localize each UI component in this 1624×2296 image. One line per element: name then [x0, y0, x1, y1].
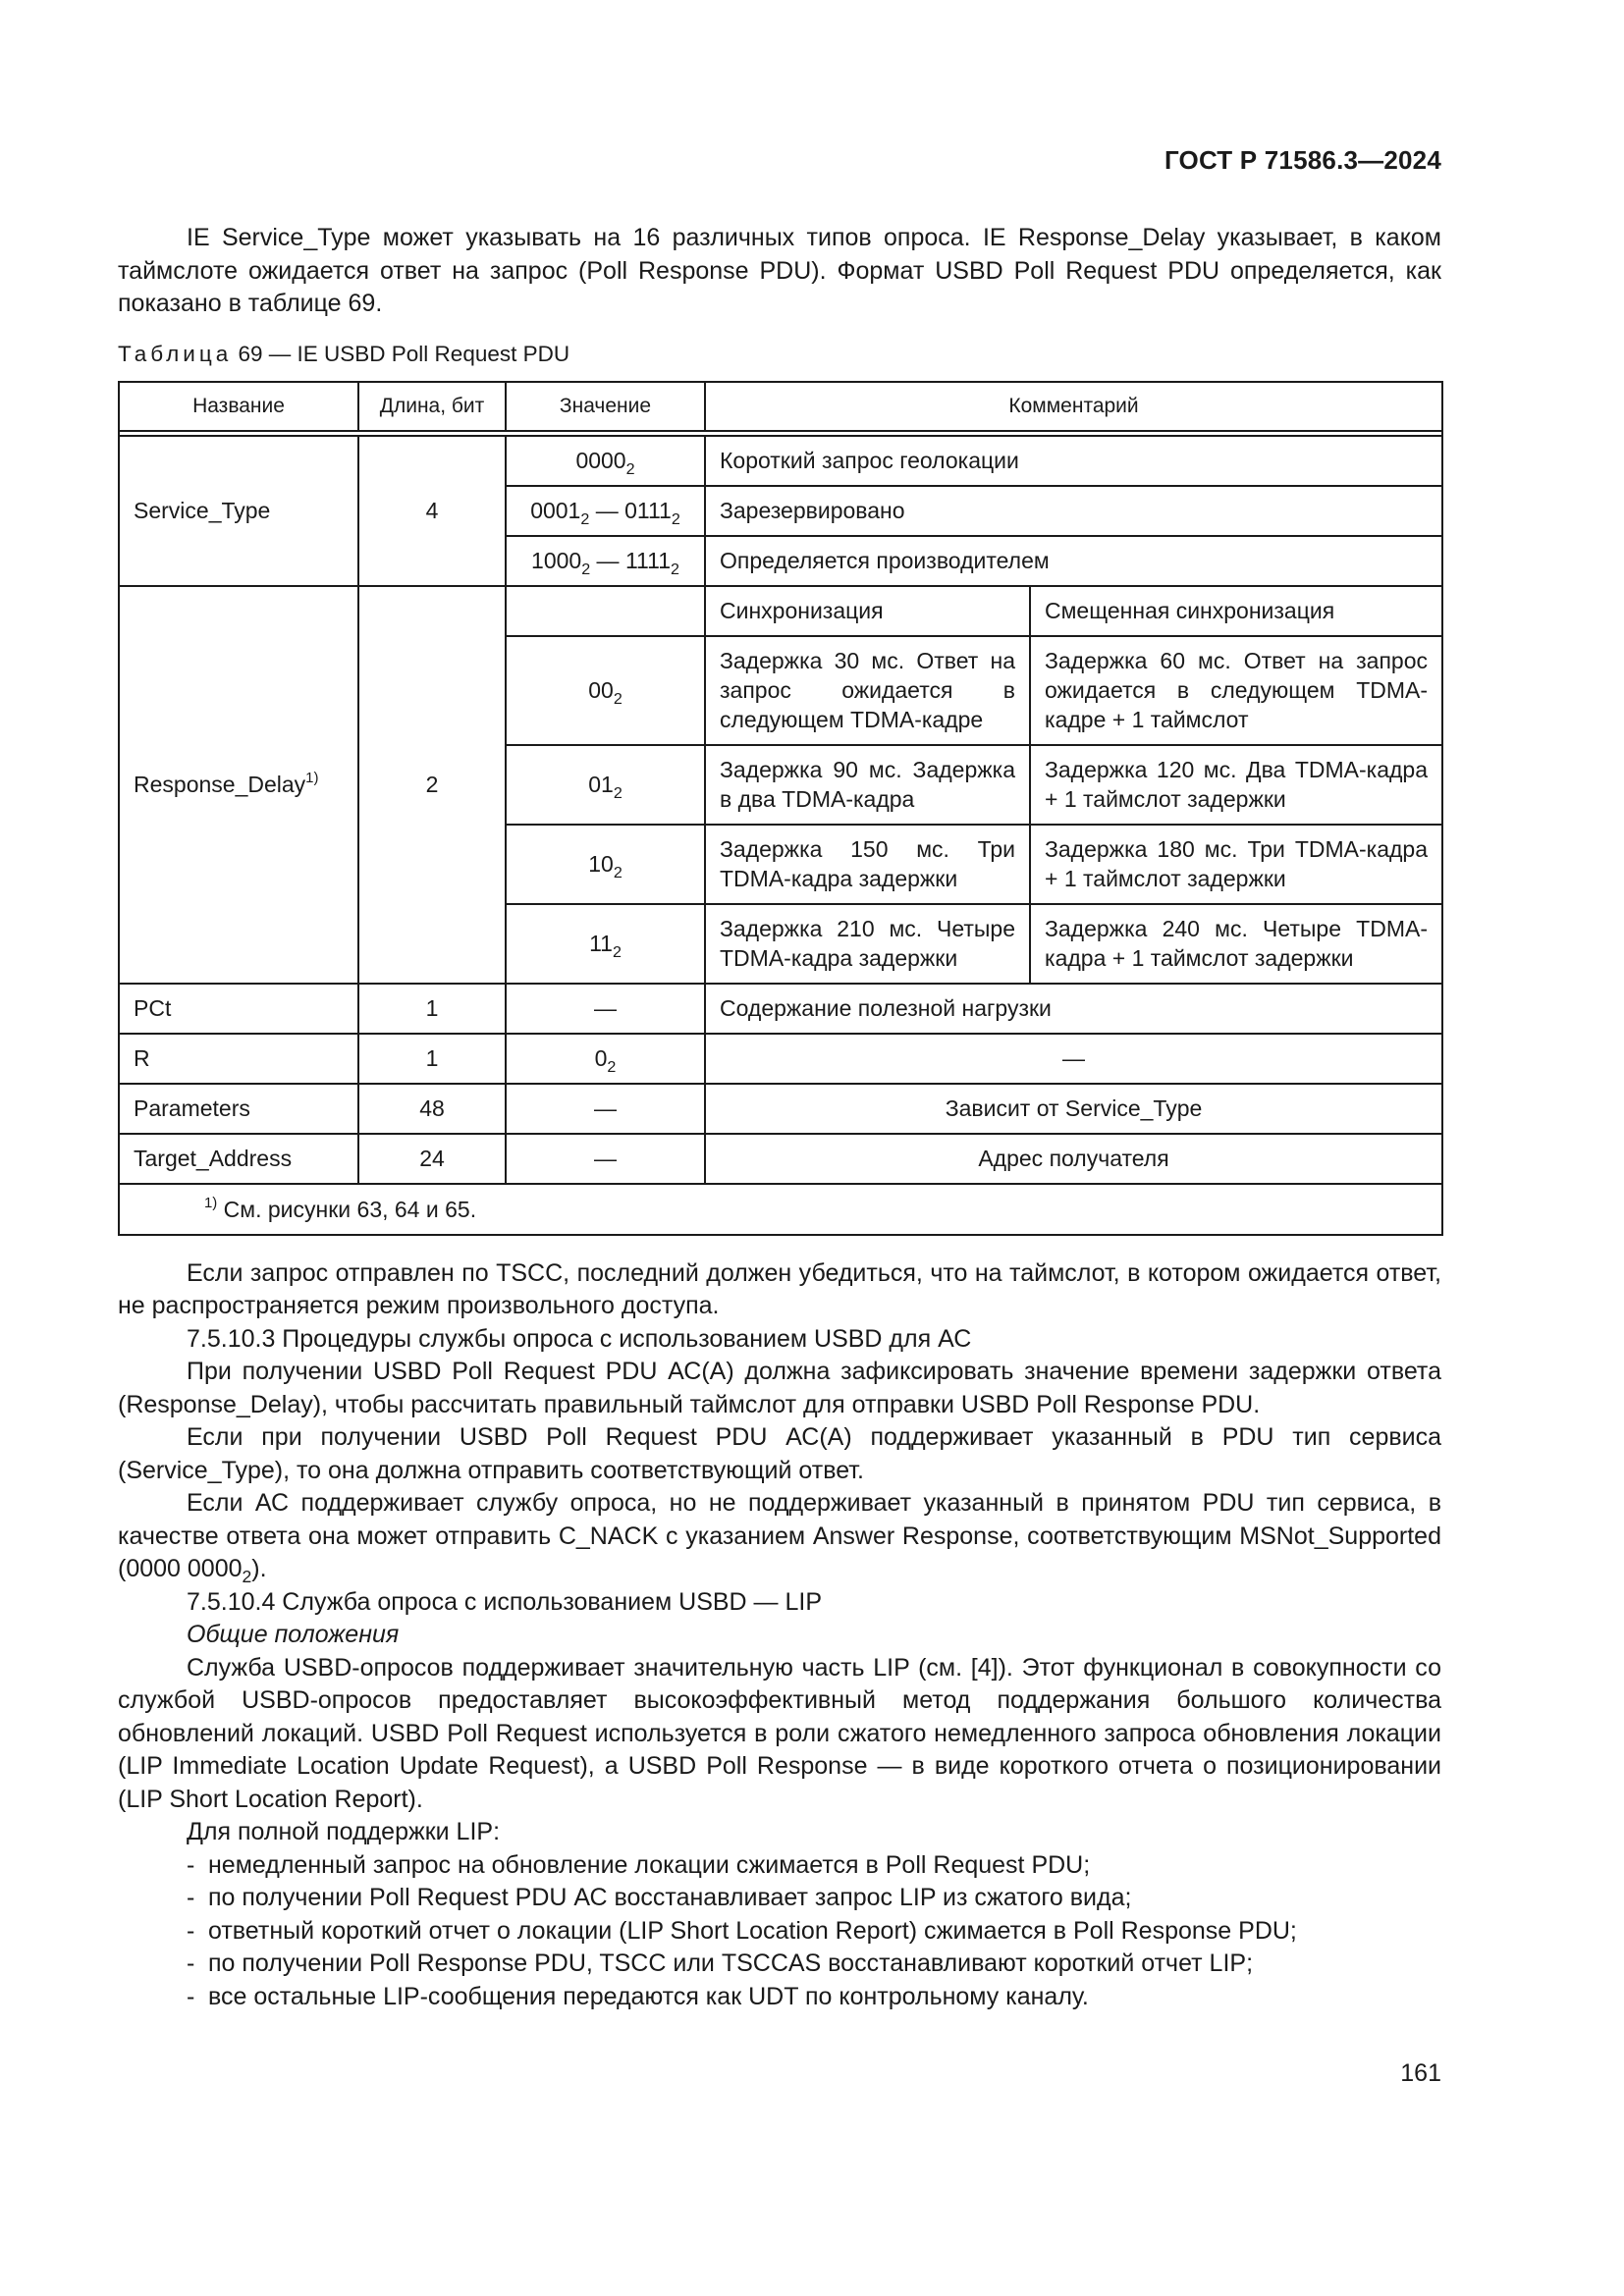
cell-name: Parameters	[119, 1084, 358, 1134]
table-caption: Таблица 69 — IE USBD Poll Request PDU	[118, 341, 1441, 368]
col-header-value: Значение	[506, 382, 705, 431]
col-header-length: Длина, бит	[358, 382, 506, 431]
table-caption-label: Таблица	[118, 342, 232, 366]
cell-value: 002	[506, 636, 705, 745]
cell-value: 112	[506, 904, 705, 984]
table-row: Target_Address 24 — Адрес получателя	[119, 1134, 1442, 1184]
table-row: Service_Type 4 00002 Короткий запрос гео…	[119, 436, 1442, 486]
paragraph-full-lip-support: Для полной поддержки LIP:	[118, 1816, 1441, 1849]
subheader-sync: Синхронизация	[705, 586, 1030, 636]
table-row: PCt 1 — Содержание полезной нагрузки	[119, 984, 1442, 1034]
cell-length: 2	[358, 586, 506, 984]
paragraph-lip-support: Служба USBD-опросов поддерживает значите…	[118, 1652, 1441, 1817]
table-footnote: 1) См. рисунки 63, 64 и 65.	[119, 1184, 1442, 1235]
col-header-comment: Комментарий	[705, 382, 1442, 431]
section-heading-7-5-10-4: 7.5.10.4 Служба опроса с использованием …	[118, 1586, 1441, 1620]
cell-comment: Короткий запрос геолокации	[705, 436, 1442, 486]
col-header-name: Название	[119, 382, 358, 431]
cell-value: 012	[506, 745, 705, 825]
section-heading-7-5-10-3: 7.5.10.3 Процедуры службы опроса с испол…	[118, 1323, 1441, 1357]
cell-name: R	[119, 1034, 358, 1084]
table-row: Parameters 48 — Зависит от Service_Type	[119, 1084, 1442, 1134]
table-header-row: Название Длина, бит Значение Комментарий	[119, 382, 1442, 431]
list-item: -ответный короткий отчет о локации (LIP …	[187, 1915, 1441, 1949]
intro-paragraph: IE Service_Type может указывать на 16 ра…	[118, 222, 1441, 321]
page-number: 161	[1400, 2059, 1441, 2088]
paragraph-tscc: Если запрос отправлен по TSCC, последний…	[118, 1257, 1441, 1323]
cell-comment: Зарезервировано	[705, 486, 1442, 536]
cell-offset-sync: Задержка 180 мс. Три TDMA-кадра + 1 тайм…	[1030, 825, 1442, 904]
cell-value: 102	[506, 825, 705, 904]
cell-offset-sync: Задержка 60 мс. Ответ на запрос ожидаетс…	[1030, 636, 1442, 745]
cell-name: Response_Delay1)	[119, 586, 358, 984]
cell-length: 24	[358, 1134, 506, 1184]
table-footnote-row: 1) См. рисунки 63, 64 и 65.	[119, 1184, 1442, 1235]
table-caption-text: 69 — IE USBD Poll Request PDU	[232, 342, 569, 366]
cell-sync: Задержка 30 мс. Ответ на запрос ожидаетс…	[705, 636, 1030, 745]
cell-length: 4	[358, 436, 506, 586]
cell-value: —	[506, 984, 705, 1034]
lip-bullet-list: -немедленный запрос на обновление локаци…	[118, 1849, 1441, 2014]
list-item: -по получении Poll Request PDU АС восста…	[187, 1882, 1441, 1915]
poll-request-pdu-table: Название Длина, бит Значение Комментарий…	[118, 381, 1443, 1236]
footnote-mark: 1)	[305, 770, 318, 786]
document-header-standard-id: ГОСТ Р 71586.3—2024	[1164, 145, 1441, 176]
cell-sync: Задержка 150 мс. Три TDMA-кадра задержки	[705, 825, 1030, 904]
cell-value: —	[506, 1084, 705, 1134]
table-row: Response_Delay1) 2 Синхронизация Смещенн…	[119, 586, 1442, 636]
cell-value: 00012 — 01112	[506, 486, 705, 536]
subheader-offset-sync: Смещенная синхронизация	[1030, 586, 1442, 636]
subheading-general: Общие положения	[118, 1619, 1441, 1652]
cell-offset-sync: Задержка 240 мс. Четыре TDMA-кадра + 1 т…	[1030, 904, 1442, 984]
cell-name: PCt	[119, 984, 358, 1034]
paragraph-response-delay: При получении USBD Poll Request PDU АС(А…	[118, 1356, 1441, 1421]
body-text: Если запрос отправлен по TSCC, последний…	[118, 1257, 1441, 2014]
cell-length: 1	[358, 984, 506, 1034]
list-item: -все остальные LIP-сообщения передаются …	[187, 1981, 1441, 2014]
cell-comment: Определяется производителем	[705, 536, 1442, 586]
list-item: -по получении Poll Response PDU, TSCC ил…	[187, 1948, 1441, 1981]
cell-sync: Задержка 90 мс. Задержка в два TDMA-кадр…	[705, 745, 1030, 825]
list-item: -немедленный запрос на обновление локаци…	[187, 1849, 1441, 1883]
cell-length: 48	[358, 1084, 506, 1134]
cell-value-empty	[506, 586, 705, 636]
cell-value: —	[506, 1134, 705, 1184]
cell-comment: Содержание полезной нагрузки	[705, 984, 1442, 1034]
cell-name: Target_Address	[119, 1134, 358, 1184]
page-content: IE Service_Type может указывать на 16 ра…	[118, 222, 1441, 2013]
cell-value: 00002	[506, 436, 705, 486]
paragraph-c-nack: Если АС поддерживает службу опроса, но н…	[118, 1487, 1441, 1586]
table-row: R 1 02 —	[119, 1034, 1442, 1084]
cell-name: Service_Type	[119, 436, 358, 586]
cell-comment: —	[705, 1034, 1442, 1084]
cell-sync: Задержка 210 мс. Четыре TDMA-кадра задер…	[705, 904, 1030, 984]
cell-offset-sync: Задержка 120 мс. Два TDMA-кадра + 1 тайм…	[1030, 745, 1442, 825]
cell-length: 1	[358, 1034, 506, 1084]
cell-value: 10002 — 11112	[506, 536, 705, 586]
cell-value: 02	[506, 1034, 705, 1084]
cell-comment: Зависит от Service_Type	[705, 1084, 1442, 1134]
cell-comment: Адрес получателя	[705, 1134, 1442, 1184]
paragraph-service-type: Если при получении USBD Poll Request PDU…	[118, 1421, 1441, 1487]
